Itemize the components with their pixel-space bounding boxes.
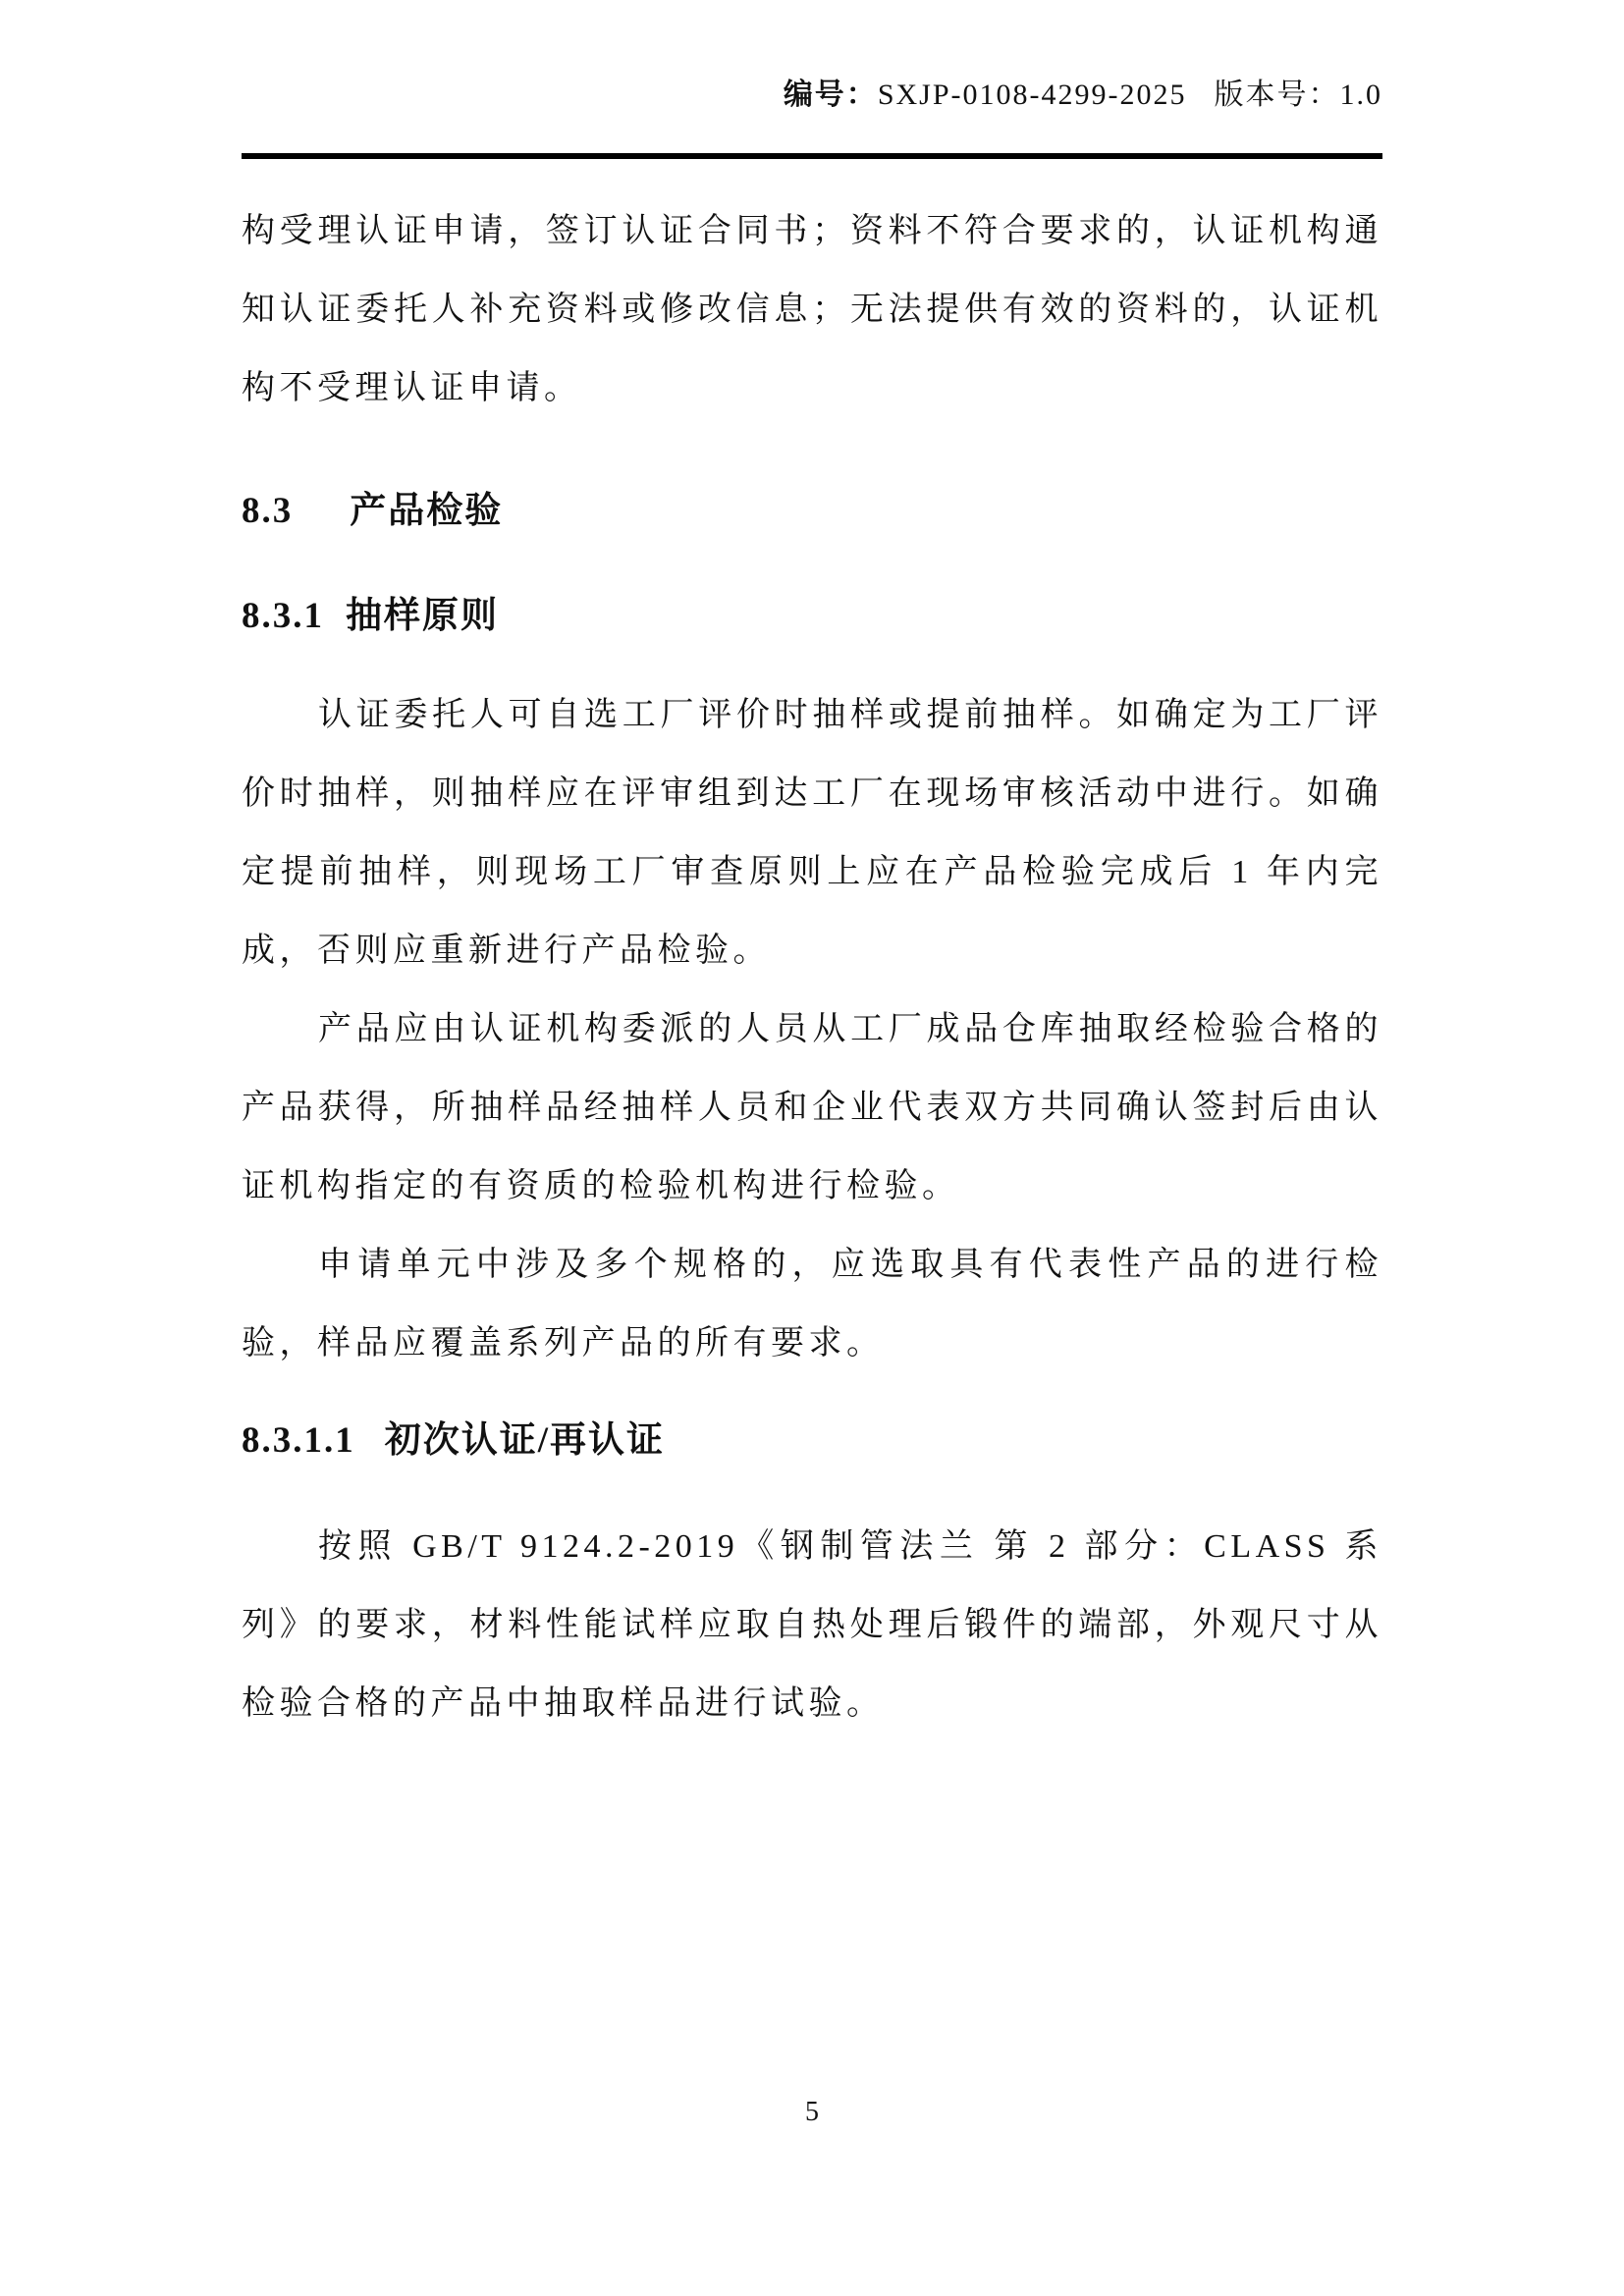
doc-number-value: SXJP-0108-4299-2025 <box>878 79 1187 111</box>
section-heading-8-3-1: 8.3.1抽样原则 <box>242 594 1382 639</box>
section-number: 8.3.1.1 <box>242 1420 355 1461</box>
version-label: 版本号： <box>1215 79 1340 111</box>
section-number: 8.3.1 <box>242 596 324 636</box>
intro-paragraph: 构受理认证申请，签订认证合同书；资料不符合要求的，认证机构通知认证委托人补充资料… <box>242 192 1382 428</box>
paragraph-initial-cert: 按照 GB/T 9124.2-2019《钢制管法兰 第 2 部分：CLASS 系… <box>242 1508 1382 1743</box>
version-value: 1.0 <box>1340 79 1383 111</box>
section-title: 抽样原则 <box>346 596 499 636</box>
page-footer: 5 <box>242 2093 1382 2132</box>
section-heading-8-3: 8.3产品检验 <box>242 489 1382 534</box>
document-content: 编号：SXJP-0108-4299-2025版本号：1.0 构受理认证申请，签订… <box>0 0 1624 1743</box>
section-title: 产品检验 <box>350 491 503 531</box>
paragraph-sampling-procedure: 产品应由认证机构委派的人员从工厂成品仓库抽取经检验合格的产品获得，所抽样品经抽样… <box>242 990 1382 1226</box>
paragraph-sampling-method: 认证委托人可自选工厂评价时抽样或提前抽样。如确定为工厂评价时抽样，则抽样应在评审… <box>242 676 1382 990</box>
header-rule <box>242 153 1382 159</box>
section-number: 8.3 <box>242 491 293 531</box>
page-header: 编号：SXJP-0108-4299-2025版本号：1.0 <box>242 0 1382 114</box>
paragraph-sampling-coverage: 申请单元中涉及多个规格的，应选取具有代表性产品的进行检验，样品应覆盖系列产品的所… <box>242 1226 1382 1383</box>
section-heading-8-3-1-1: 8.3.1.1初次认证/再认证 <box>242 1418 1382 1464</box>
section-title: 初次认证/再认证 <box>385 1420 665 1461</box>
doc-number-label: 编号： <box>784 79 878 111</box>
page-number: 5 <box>805 2097 819 2127</box>
document-page: 编号：SXJP-0108-4299-2025版本号：1.0 构受理认证申请，签订… <box>0 0 1624 2296</box>
